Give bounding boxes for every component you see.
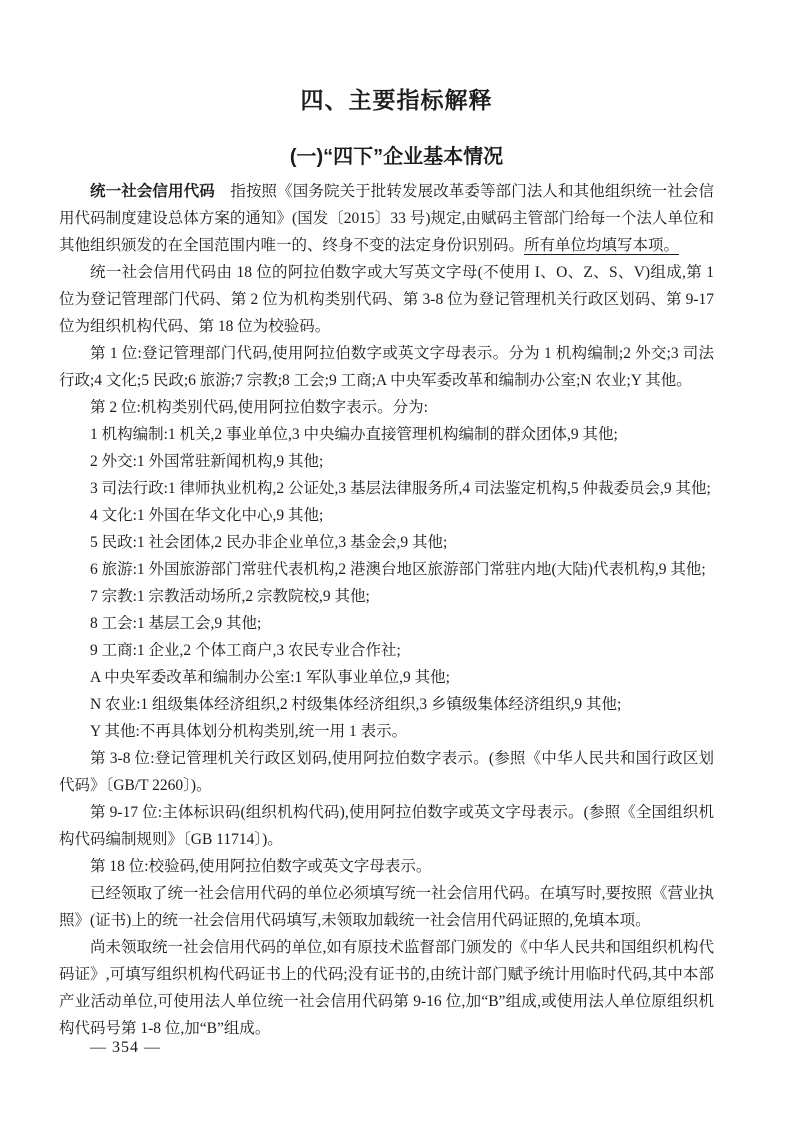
paragraph: 第 1 位:登记管理部门代码,使用阿拉伯数字或英文字母表示。分为 1 机构编制;… [59, 340, 714, 394]
list-item: 1 机构编制:1 机关,2 事业单位,3 中央编办直接管理机构编制的群众团体,9… [59, 421, 714, 448]
list-item: 8 工会:1 基层工会,9 其他; [59, 610, 714, 637]
list-item: Y 其他:不再具体划分机构类别,统一用 1 表示。 [59, 718, 714, 745]
list-item: 9 工商:1 企业,2 个体工商户,3 农民专业合作社; [59, 637, 714, 664]
document-body: 统一社会信用代码指按照《国务院关于批转发展改革委等部门法人和其他组织统一社会信用… [59, 178, 714, 1042]
underlined-note: 所有单位均填写本项。 [524, 237, 679, 254]
paragraph-definition: 统一社会信用代码指按照《国务院关于批转发展改革委等部门法人和其他组织统一社会信用… [59, 178, 714, 259]
paragraph: 尚未领取统一社会信用代码的单位,如有原技术监督部门颁发的《中华人民共和国组织机构… [59, 934, 714, 1042]
list-item: 4 文化:1 外国在华文化中心,9 其他; [59, 502, 714, 529]
paragraph: 第 18 位:校验码,使用阿拉伯数字或英文字母表示。 [59, 853, 714, 880]
paragraph: 第 2 位:机构类别代码,使用阿拉伯数字表示。分为: [59, 394, 714, 421]
list-item: 2 外交:1 外国常驻新闻机构,9 其他; [59, 448, 714, 475]
list-item: A 中央军委改革和编制办公室:1 军队事业单位,9 其他; [59, 664, 714, 691]
paragraph: 第 3-8 位:登记管理机关行政区划码,使用阿拉伯数字表示。(参照《中华人民共和… [59, 745, 714, 799]
list-item: 6 旅游:1 外国旅游部门常驻代表机构,2 港澳台地区旅游部门常驻内地(大陆)代… [59, 556, 714, 583]
paragraph: 统一社会信用代码由 18 位的阿拉伯数字或大写英文字母(不使用 I、O、Z、S、… [59, 259, 714, 340]
page-number: — 354 — [90, 1038, 161, 1058]
section-title: (一)“四下”企业基本情况 [0, 143, 793, 171]
list-item: 7 宗教:1 宗教活动场所,2 宗教院校,9 其他; [59, 583, 714, 610]
document-page: 四、主要指标解释 (一)“四下”企业基本情况 统一社会信用代码指按照《国务院关于… [0, 0, 793, 1122]
paragraph: 第 9-17 位:主体标识码(组织机构代码),使用阿拉伯数字或英文字母表示。(参… [59, 799, 714, 853]
list-item: 3 司法行政:1 律师执业机构,2 公证处,3 基层法律服务所,4 司法鉴定机构… [59, 475, 714, 502]
list-item: N 农业:1 组级集体经济组织,2 村级集体经济组织,3 乡镇级集体经济组织,9… [59, 691, 714, 718]
term-label: 统一社会信用代码 [90, 183, 215, 200]
list-item: 5 民政:1 社会团体,2 民办非企业单位,3 基金会,9 其他; [59, 529, 714, 556]
page-title: 四、主要指标解释 [0, 85, 793, 115]
paragraph: 已经领取了统一社会信用代码的单位必须填写统一社会信用代码。在填写时,要按照《营业… [59, 880, 714, 934]
